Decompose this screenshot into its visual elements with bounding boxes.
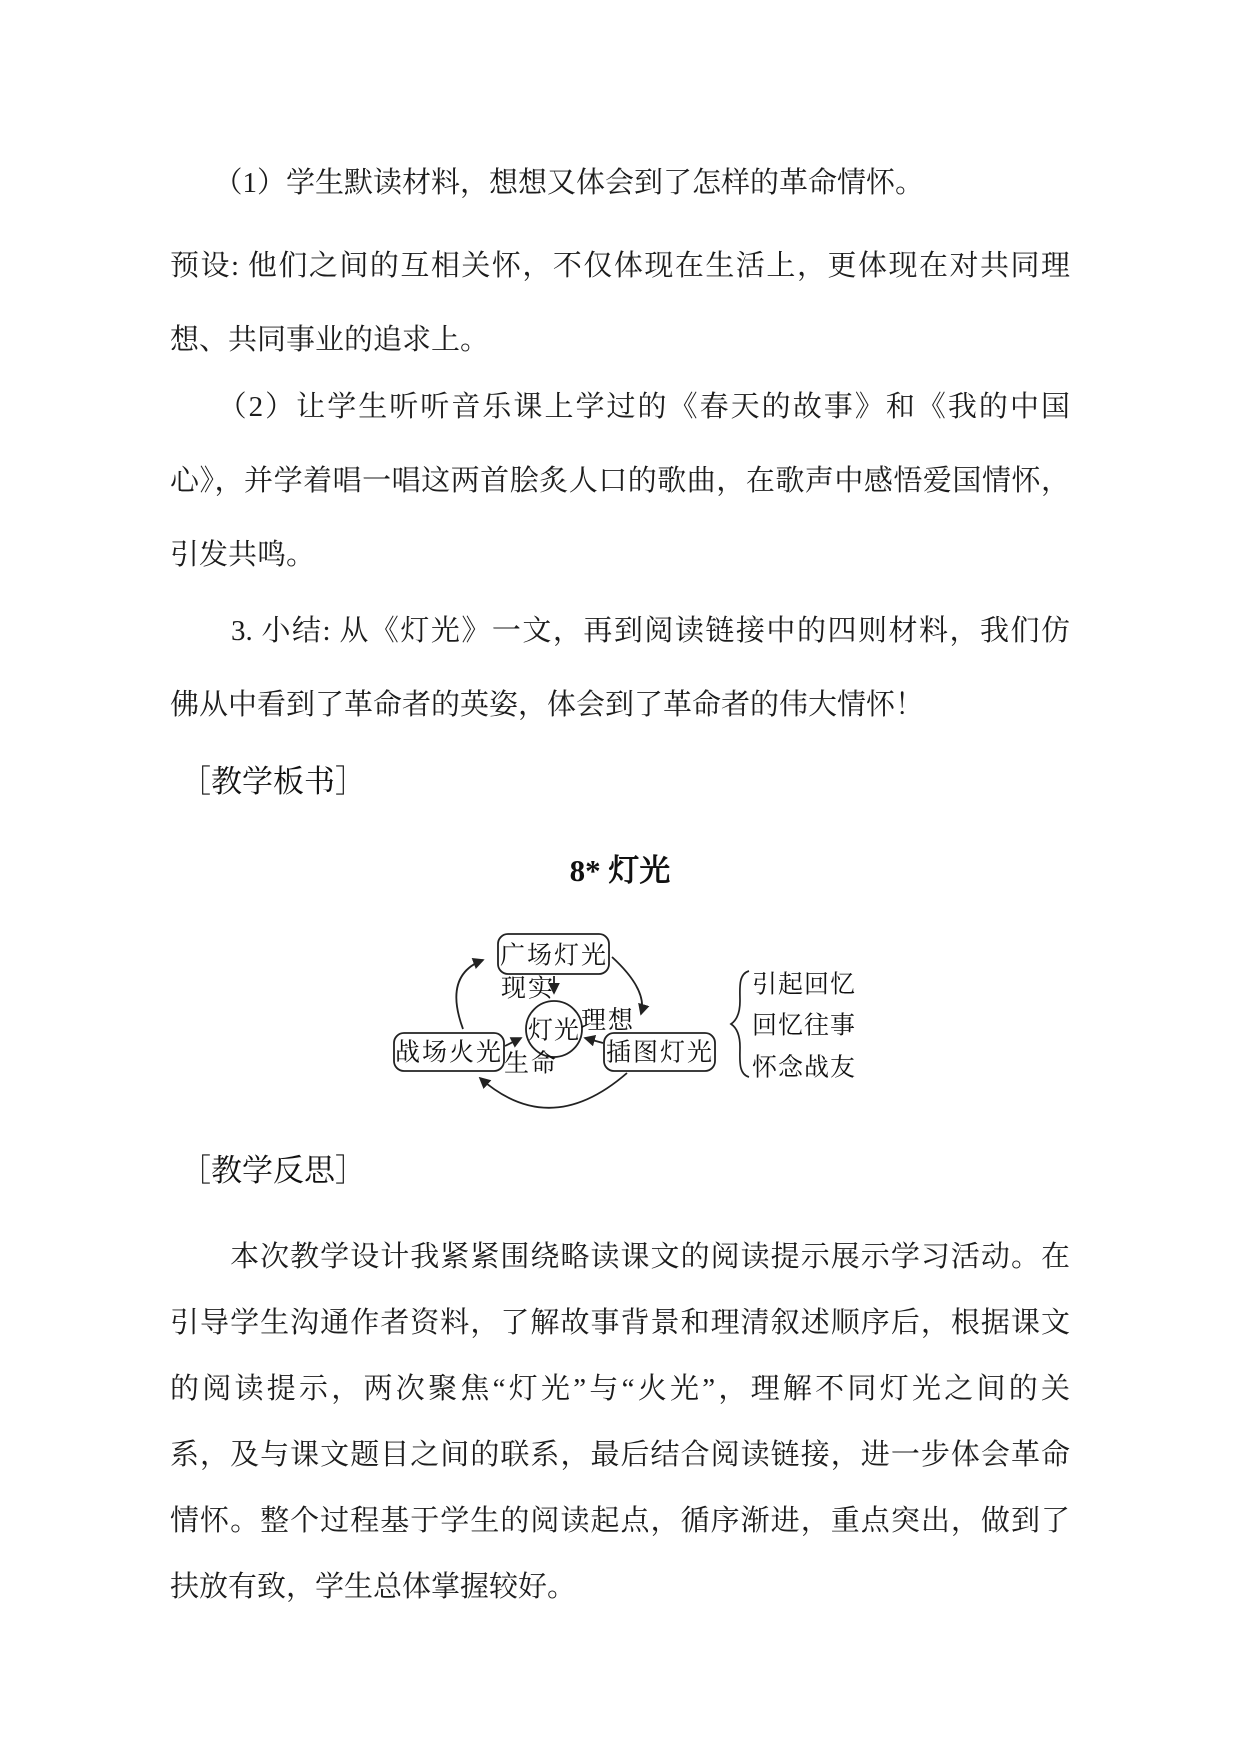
arrow-left-to-center [505,1038,521,1046]
lesson-title: 8* 灯光 [170,849,1070,893]
arc-right-down-arrow [612,957,642,1014]
arc-left-up-arrow [456,960,483,1029]
paragraph-reflection: 本次教学设计我紧紧围绕略读课文的阅读提示展示学习活动。在引导学生沟通作者资料，了… [170,1224,1070,1620]
edge-label-ideal: 理想 [581,1007,635,1035]
paragraph-music-activity: （2）让学生听听音乐课上学过的《春天的故事》和《我的中国心》，并学着唱一唱这两首… [170,370,1070,592]
center-circle-label: 灯光 [528,1017,580,1045]
text-line: 系，及与课文题目之间的联系，最后结合阅读链接，进一步体会革命 [170,1422,1070,1488]
paragraph-summary: 3. 小结: 从《灯光》一文，再到阅读链接中的四则材料，我们仿佛从中看到了革命者… [170,594,1070,742]
text-line: 引发共鸣。 [170,518,1070,592]
edge-label-reality: 现实 [501,975,555,1003]
text-line: 本次教学设计我紧紧围绕略读课文的阅读提示展示学习活动。在 [170,1224,1070,1290]
board-heading: ［教学板书］ [170,745,1070,819]
paragraph-preset: 预设: 他们之间的互相关怀，不仅体现在生活上，更体现在对共同理想、共同事业的追求… [170,229,1070,377]
text-line: 引导学生沟通作者资料，了解故事背景和理清叙述顺序后，根据课文 [170,1290,1070,1356]
brace-item-recall-past: 回忆往事 [752,1012,856,1040]
document-page: （1）学生默读材料，想想又体会到了怎样的革命情怀。 预设: 他们之间的互相关怀，… [0,0,1241,1754]
text-line: 心》，并学着唱一唱这两首脍炙人口的歌曲，在歌声中感悟爱国情怀， [170,444,1070,518]
brace-item-recall-trigger: 引起回忆 [752,971,856,999]
arc-bottom-arrow [480,1073,627,1108]
left-box-label: 战场火光 [395,1039,503,1067]
text-line: 情怀。整个过程基于学生的阅读起点，循序渐进，重点突出，做到了 [170,1488,1070,1554]
text-line: 想、共同事业的追求上。 [170,303,1070,377]
text-line: 预设: 他们之间的互相关怀，不仅体现在生活上，更体现在对共同理 [170,229,1070,303]
edge-label-life: 生命 [504,1050,558,1078]
brace-shape [731,971,749,1077]
text-line: 佛从中看到了革命者的英姿，体会到了革命者的伟大情怀！ [170,668,1070,742]
right-box-label: 插图灯光 [606,1039,714,1067]
board-diagram: 广场灯光 灯光 战场火光 插图灯光 现实 理想 生命 引起回忆 回忆往事 怀念战… [380,920,880,1130]
top-box-label: 广场灯光 [500,942,608,970]
brace-item-remember-comrades: 怀念战友 [752,1054,856,1082]
text-line: 扶放有致，学生总体掌握较好。 [170,1554,1070,1620]
text-line: （2）让学生听听音乐课上学过的《春天的故事》和《我的中国 [170,370,1070,444]
paragraph-silent-reading: （1）学生默读材料，想想又体会到了怎样的革命情怀。 [170,146,1070,220]
text-line: 的阅读提示，两次聚焦“灯光”与“火光”，理解不同灯光之间的关 [170,1356,1070,1422]
text-line: 3. 小结: 从《灯光》一文，再到阅读链接中的四则材料，我们仿 [170,594,1070,668]
reflection-heading: ［教学反思］ [170,1134,1070,1208]
arrow-right-to-center [585,1038,603,1043]
text-line: （1）学生默读材料，想想又体会到了怎样的革命情怀。 [170,146,1070,220]
